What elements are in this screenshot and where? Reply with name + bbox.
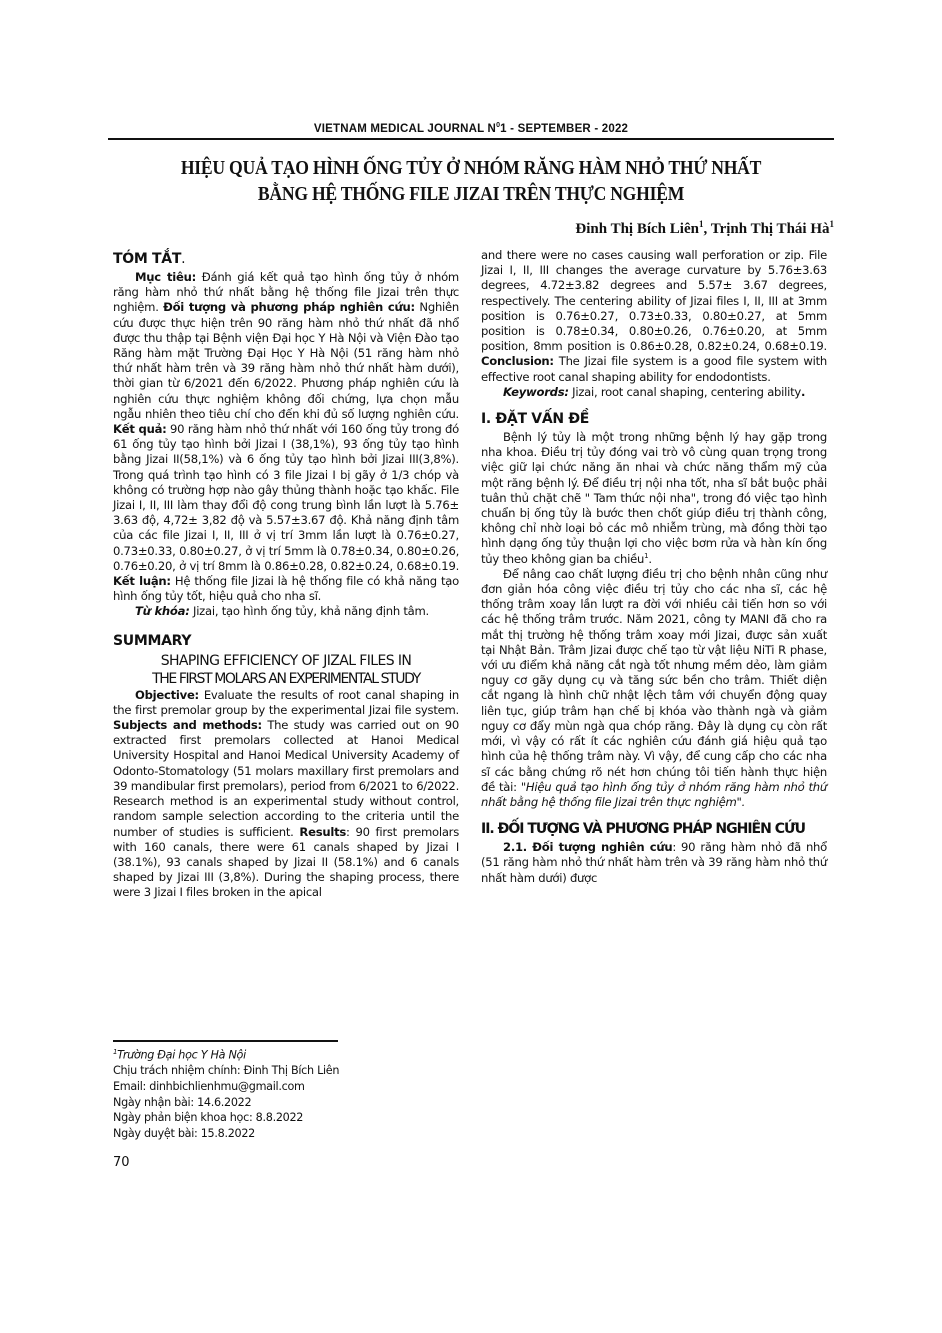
methods-label: Subjects and methods: [113, 718, 262, 732]
title-line-1: HIỆU QUẢ TẠO HÌNH ỐNG TỦY Ở NHÓM RĂNG HÀ… [159, 155, 783, 181]
section-1-para-1: Bệnh lý tủy là một trong những bệnh lý h… [481, 430, 827, 567]
methods-label: Đối tượng và phương pháp nghiên cứu: [163, 300, 415, 314]
keywords-label: Keywords: [503, 385, 569, 399]
section-1-heading: I. ĐẶT VẤN ĐỀ [481, 410, 827, 428]
authors: Đinh Thị Bích Liên1, Trịnh Thị Thái Hà1 [575, 219, 834, 238]
results-label: Results [299, 825, 346, 839]
page-number: 70 [113, 1155, 130, 1170]
journal-name: VIETNAM MEDICAL JOURNAL N [314, 123, 496, 135]
summary-title-line-2: THE FIRST MOLARS AN EXPERIMENTAL STUDY [113, 670, 459, 688]
keywords-text: Jizai, root canal shaping, centering abi… [569, 385, 801, 399]
objective-label: Mục tiêu: [135, 270, 196, 284]
author-separator: , [703, 221, 710, 237]
spacer [481, 400, 827, 406]
date-received: Ngày nhận bài: 14.6.2022 [113, 1095, 459, 1111]
abstract-vi-heading: TÓM TẮT. [113, 250, 459, 268]
results-label: Kết quả: [113, 422, 167, 436]
abstract-en-body: Objective: Evaluate the results of root … [113, 688, 459, 901]
summary-title: SHAPING EFFICIENCY OF JIZAL FILES IN THE… [113, 652, 459, 688]
abstract-en-continued: and there were no cases causing wall per… [481, 248, 827, 385]
abstract-en-keywords: Keywords: Jizai, root canal shaping, cen… [481, 385, 827, 400]
section-2-heading: II. ĐỐI TƯỢNG VÀ PHƯƠNG PHÁP NGHIÊN CỨU [481, 820, 827, 838]
date-reviewed: Ngày phản biện khoa học: 8.8.2022 [113, 1110, 459, 1126]
right-column: and there were no cases causing wall per… [481, 248, 827, 886]
spacer [113, 620, 459, 628]
keywords-dot: . [801, 385, 805, 399]
header-rule [108, 138, 834, 140]
heading-text: TÓM TẮT [113, 251, 181, 267]
methods-text: Nghiên cứu được thực hiện trên 90 răng h… [113, 300, 459, 420]
para-1-text: Bệnh lý tủy là một trong những bệnh lý h… [481, 430, 827, 566]
study-title-quote: "Hiệu quả tạo hình ống tủy ở nhóm răng h… [481, 780, 827, 809]
running-header: VIETNAM MEDICAL JOURNAL N01 - SEPTEMBER … [110, 122, 832, 135]
results-continued: and there were no cases causing wall per… [481, 248, 827, 353]
summary-title-line-1: SHAPING EFFICIENCY OF JIZAL FILES IN [113, 652, 459, 670]
conclusion-label: Kết luận: [113, 574, 171, 588]
heading-dot: . [181, 251, 185, 267]
methods-text: The study was carried out on 90 extracte… [113, 718, 459, 838]
footnotes: 1Trường Đại học Y Hà Nội Chịu trách nhiệ… [113, 1045, 459, 1141]
affiliation-text: Trường Đại học Y Hà Nội [117, 1049, 246, 1062]
author-2-affiliation: 1 [830, 219, 835, 229]
subsection-label: 2.1. Đối tượng nghiên cứu [503, 840, 672, 854]
para-1-end: . [648, 552, 651, 566]
abstract-vi-body: Mục tiêu: Đánh giá kết quả tạo hình ống … [113, 270, 459, 604]
keywords-text: Jizai, tạo hình ống tủy, khả năng định t… [190, 604, 429, 618]
abstract-vi-keywords: Từ khóa: Jizai, tạo hình ống tủy, khả nă… [113, 604, 459, 619]
affiliation-footnote: 1Trường Đại học Y Hà Nội [113, 1045, 459, 1063]
spacer [481, 810, 827, 816]
keywords-label: Từ khóa: [135, 604, 190, 618]
objective-label: Objective: [135, 688, 199, 702]
title-line-2: BẰNG HỆ THỐNG FILE JIZAI TRÊN THỰC NGHIỆ… [159, 181, 783, 207]
article-title: HIỆU QUẢ TẠO HÌNH ỐNG TỦY Ở NHÓM RĂNG HÀ… [159, 155, 783, 207]
author-1: Đinh Thị Bích Liên [575, 221, 699, 237]
left-column: TÓM TẮT. Mục tiêu: Đánh giá kết quả tạo … [113, 248, 459, 901]
summary-heading: SUMMARY [113, 632, 459, 650]
para-2-text: Để nâng cao chất lượng điều trị cho bệnh… [481, 567, 827, 794]
conclusion-label: Conclusion: [481, 354, 554, 368]
issue-date: 1 - SEPTEMBER - 2022 [500, 123, 628, 135]
section-2-1-para: 2.1. Đối tượng nghiên cứu: 90 răng hàm n… [481, 840, 827, 886]
responsible-author: Chịu trách nhiệm chính: Đinh Thị Bích Li… [113, 1063, 459, 1079]
date-approved: Ngày duyệt bài: 15.8.2022 [113, 1126, 459, 1142]
contact-email[interactable]: Email: dinhbichlienhmu@gmail.com [113, 1079, 459, 1095]
results-text: 90 răng hàm nhỏ thứ nhất với 160 ống tủy… [113, 422, 459, 573]
journal-page: VIETNAM MEDICAL JOURNAL N01 - SEPTEMBER … [0, 0, 942, 1333]
section-1-para-2: Để nâng cao chất lượng điều trị cho bệnh… [481, 567, 827, 810]
footnote-rule [113, 1040, 338, 1042]
author-2: Trịnh Thị Thái Hà [711, 221, 830, 237]
